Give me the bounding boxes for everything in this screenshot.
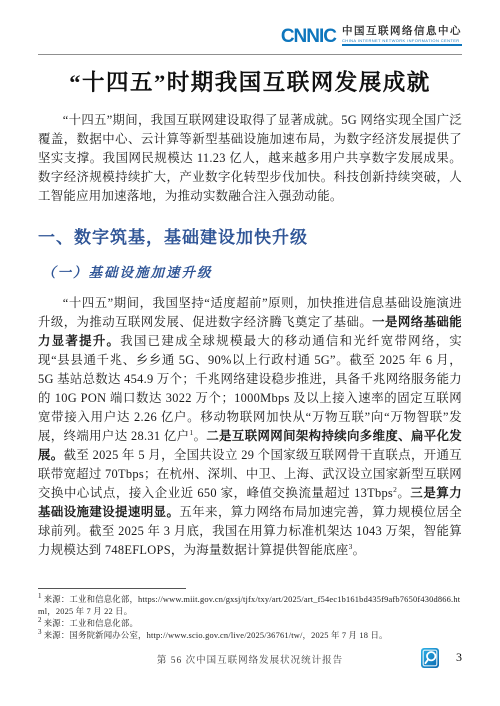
report-magnifier-icon	[420, 647, 440, 669]
page-footer: 第 56 次中国互联网络发展状况统计报告 3	[0, 646, 500, 672]
footnote-2-text: 来源：工业和信息化部。	[44, 619, 138, 628]
section-heading: 一、数字筑基，基础建设加快升级	[38, 227, 462, 249]
header: CNNIC 中国互联网络信息中心 CHINA INTERNET NETWORK …	[38, 24, 462, 55]
org-name-en: CHINA INTERNET NETWORK INFORMATION CENTE…	[342, 38, 462, 43]
footnote-2-marker: 2	[38, 616, 42, 624]
org-name-cn: 中国互联网络信息中心	[342, 26, 462, 38]
footnotes-block: 1来源：工业和信息化部，https://www.miit.gov.cn/gxsj…	[38, 588, 462, 642]
footnote-1: 1来源：工业和信息化部，https://www.miit.gov.cn/gxsj…	[38, 594, 462, 618]
footnote-2: 2来源：工业和信息化部。	[38, 618, 462, 630]
header-divider	[38, 54, 462, 55]
subsection-heading: （一）基础设施加速升级	[42, 264, 462, 281]
footnote-1-marker: 1	[38, 592, 42, 600]
report-page: CNNIC 中国互联网络信息中心 CHINA INTERNET NETWORK …	[0, 0, 500, 706]
page-title: “十四五”时期我国互联网发展成就	[38, 68, 462, 98]
footnote-3-text: 来源：国务院新闻办公室，http://www.scio.gov.cn/live/…	[44, 631, 388, 640]
org-name-block: 中国互联网络信息中心 CHINA INTERNET NETWORK INFORM…	[342, 26, 462, 46]
footnote-divider	[38, 588, 186, 589]
cnnic-wordmark: CNNIC	[281, 27, 336, 46]
section-paragraph: “十四五”期间，我国坚持“适度超前”原则，加快推进信息基础设施演进升级，为推动互…	[38, 294, 462, 560]
intro-paragraph: “十四五”期间，我国互联网建设取得了显著成就。5G 网络实现全国广泛覆盖，数据中…	[38, 111, 462, 206]
page-number: 3	[456, 650, 462, 665]
footnote-3-marker: 3	[38, 628, 42, 636]
footnote-1-text: 来源：工业和信息化部，https://www.miit.gov.cn/gxsj/…	[38, 595, 460, 616]
footnote-3: 3来源：国务院新闻办公室，http://www.scio.gov.cn/live…	[38, 630, 462, 642]
cnnic-logo: CNNIC 中国互联网络信息中心 CHINA INTERNET NETWORK …	[38, 24, 462, 48]
